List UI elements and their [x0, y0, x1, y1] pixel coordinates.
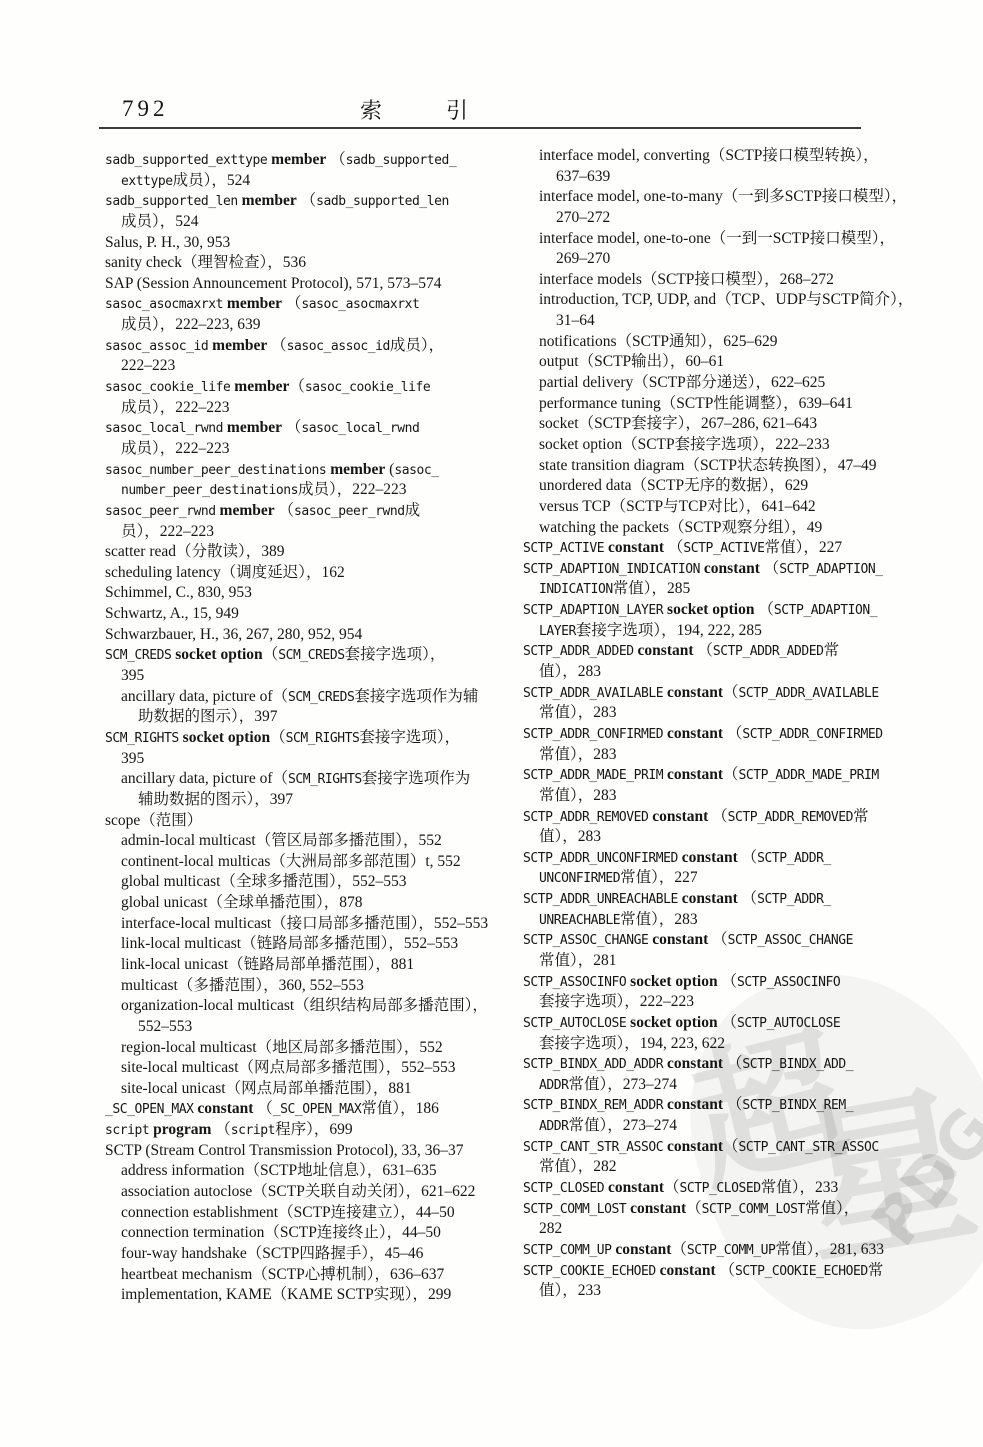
index-entry-line: site-local unicast（网点局部单播范围），881 — [105, 1079, 507, 1100]
index-entry-line: socket（SCTP套接字），267–286, 621–643 — [523, 414, 941, 435]
index-entry-line: script program （script程序），699 — [105, 1120, 507, 1141]
index-entry-line: SCTP_ADDR_REMOVED constant （SCTP_ADDR_RE… — [523, 807, 941, 828]
index-entry-line: 值），233 — [523, 1281, 941, 1302]
index-entry-line: unordered data（SCTP无序的数据），629 — [523, 476, 941, 497]
index-entry-line: sanity check（理智检查），536 — [105, 253, 507, 274]
index-entry-line: 常值），283 — [523, 786, 941, 807]
index-entry-line: ancillary data, picture of（SCM_RIGHTS套接字… — [105, 769, 507, 790]
page-title: 索引 — [360, 94, 532, 125]
index-entry-line: 员），222–223 — [105, 522, 507, 543]
index-entry-line: Schimmel, C., 830, 953 — [105, 583, 507, 604]
index-entry-line: notifications（SCTP通知），625–629 — [523, 332, 941, 353]
index-entry-line: 成员），222–223 — [105, 439, 507, 460]
index-entry-line: versus TCP（SCTP与TCP对比），641–642 — [523, 497, 941, 518]
index-entry-line: sadb_supported_exttype member （sadb_supp… — [105, 150, 507, 171]
index-entry-line: SCTP_ADAPTION_INDICATION constant （SCTP_… — [523, 559, 941, 580]
index-entry-line: INDICATION常值），285 — [523, 579, 941, 600]
index-entry-line: SCTP_ASSOCINFO socket option （SCTP_ASSOC… — [523, 972, 941, 993]
index-entry-line: 552–553 — [105, 1017, 507, 1038]
index-entry-line: association autoclose（SCTP关联自动关闭），621–62… — [105, 1182, 507, 1203]
index-entry-line: SCTP_ASSOC_CHANGE constant （SCTP_ASSOC_C… — [523, 930, 941, 951]
index-entry-line: SAP (Session Announcement Protocol), 571… — [105, 274, 507, 295]
index-entry-line: 269–270 — [523, 249, 941, 270]
index-entry-line: SCTP_ADDR_UNREACHABLE constant （SCTP_ADD… — [523, 889, 941, 910]
index-entry-line: sadb_supported_len member （sadb_supporte… — [105, 191, 507, 212]
index-entry-line: performance tuning（SCTP性能调整），639–641 — [523, 394, 941, 415]
index-entry-line: 常值），281 — [523, 951, 941, 972]
index-entry-line: exttype成员），524 — [105, 171, 507, 192]
index-entry-line: 395 — [105, 749, 507, 770]
index-entry-line: interface model, converting（SCTP接口模型转换）， — [523, 146, 941, 167]
index-entry-line: SCTP_ADDR_CONFIRMED constant （SCTP_ADDR_… — [523, 724, 941, 745]
index-entry-line: 270–272 — [523, 208, 941, 229]
index-entry-line: SCTP_ADAPTION_LAYER socket option （SCTP_… — [523, 600, 941, 621]
index-entry-line: SCTP_COMM_LOST constant（SCTP_COMM_LOST常值… — [523, 1199, 941, 1220]
index-entry-line: interface model, one-to-many（一到多SCTP接口模型… — [523, 187, 941, 208]
index-entry-line: global unicast（全球单播范围），878 — [105, 893, 507, 914]
index-entry-line: sasoc_number_peer_destinations member (s… — [105, 460, 507, 481]
index-entry-line: 成员），222–223 — [105, 398, 507, 419]
index-entry-line: 值），283 — [523, 827, 941, 848]
index-entry-line: 常值），283 — [523, 703, 941, 724]
index-entry-line: continent-local multicas（大洲局部多部范围）t, 552 — [105, 852, 507, 873]
index-entry-line: output（SCTP输出），60–61 — [523, 352, 941, 373]
index-entry-line: partial delivery（SCTP部分递送），622–625 — [523, 373, 941, 394]
index-entry-line: Schwartz, A., 15, 949 — [105, 604, 507, 625]
index-entry-line: 助数据的图示），397 — [105, 707, 507, 728]
index-entry-line: ancillary data, picture of（SCM_CREDS套接字选… — [105, 687, 507, 708]
index-entry-line: 395 — [105, 666, 507, 687]
index-entry-line: global multicast（全球多播范围），552–553 — [105, 872, 507, 893]
index-page: 超 星 PDG 792 索引 sadb_supported_exttype me… — [0, 0, 983, 1447]
index-entry-line: number_peer_destinations成员），222–223 — [105, 480, 507, 501]
index-entry-line: implementation, KAME（KAME SCTP实现），299 — [105, 1285, 507, 1306]
index-entry-line: scheduling latency（调度延迟），162 — [105, 563, 507, 584]
index-entry-line: SCTP_ADDR_MADE_PRIM constant（SCTP_ADDR_M… — [523, 765, 941, 786]
index-entry-line: Salus, P. H., 30, 953 — [105, 233, 507, 254]
index-entry-line: UNREACHABLE常值），283 — [523, 910, 941, 931]
index-entry-line: UNCONFIRMED常值），227 — [523, 868, 941, 889]
index-entry-line: 辅助数据的图示），397 — [105, 790, 507, 811]
index-entry-line: 值），283 — [523, 662, 941, 683]
index-entry-line: address information（SCTP地址信息），631–635 — [105, 1161, 507, 1182]
index-entry-line: SCM_CREDS socket option（SCM_CREDS套接字选项）， — [105, 645, 507, 666]
index-entry-line: four-way handshake（SCTP四路握手），45–46 — [105, 1244, 507, 1265]
index-entry-line: ADDR常值），273–274 — [523, 1075, 941, 1096]
index-entry-line: scatter read（分散读），389 — [105, 542, 507, 563]
index-entry-line: 31–64 — [523, 311, 941, 332]
index-entry-line: 222–223 — [105, 356, 507, 377]
index-entry-line: 成员），222–223, 639 — [105, 315, 507, 336]
index-entry-line: sasoc_local_rwnd member （sasoc_local_rwn… — [105, 418, 507, 439]
index-entry-line: sasoc_asocmaxrxt member （sasoc_asocmaxrx… — [105, 294, 507, 315]
index-entry-line: SCTP_CLOSED constant（SCTP_CLOSED常值），233 — [523, 1178, 941, 1199]
index-entry-line: state transition diagram（SCTP状态转换图），47–4… — [523, 456, 941, 477]
index-entry-line: SCTP_ADDR_UNCONFIRMED constant （SCTP_ADD… — [523, 848, 941, 869]
index-entry-line: SCTP_ADDR_AVAILABLE constant（SCTP_ADDR_A… — [523, 683, 941, 704]
index-entry-line: SCTP_COOKIE_ECHOED constant （SCTP_COOKIE… — [523, 1261, 941, 1282]
index-entry-line: sasoc_peer_rwnd member （sasoc_peer_rwnd成 — [105, 501, 507, 522]
index-entry-line: SCTP_BINDX_ADD_ADDR constant （SCTP_BINDX… — [523, 1054, 941, 1075]
index-entry-line: region-local multicast（地区局部多播范围），552 — [105, 1038, 507, 1059]
index-column-left: sadb_supported_exttype member （sadb_supp… — [105, 150, 507, 1306]
index-entry-line: interface models（SCTP接口模型），268–272 — [523, 270, 941, 291]
index-entry-line: 成员），524 — [105, 212, 507, 233]
index-entry-line: connection establishment（SCTP连接建立），44–50 — [105, 1203, 507, 1224]
index-entry-line: sasoc_assoc_id member （sasoc_assoc_id成员）… — [105, 336, 507, 357]
index-entry-line: SCTP_AUTOCLOSE socket option （SCTP_AUTOC… — [523, 1013, 941, 1034]
index-column-right: interface model, converting（SCTP接口模型转换），… — [523, 146, 941, 1302]
index-entry-line: Schwarzbauer, H., 36, 267, 280, 952, 954 — [105, 625, 507, 646]
index-entry-line: multicast（多播范围），360, 552–553 — [105, 976, 507, 997]
index-entry-line: 282 — [523, 1219, 941, 1240]
header-rule — [99, 127, 861, 129]
index-entry-line: watching the packets（SCTP观察分组），49 — [523, 518, 941, 539]
index-entry-line: SCTP_COMM_UP constant（SCTP_COMM_UP常值），28… — [523, 1240, 941, 1261]
index-entry-line: ADDR常值），273–274 — [523, 1116, 941, 1137]
index-entry-line: LAYER套接字选项），194, 222, 285 — [523, 621, 941, 642]
index-entry-line: 常值），282 — [523, 1157, 941, 1178]
index-entry-line: introduction, TCP, UDP, and（TCP、UDP与SCTP… — [523, 290, 941, 311]
index-entry-line: interface model, one-to-one（一到一SCTP接口模型）… — [523, 229, 941, 250]
index-entry-line: 637–639 — [523, 167, 941, 188]
index-entry-line: link-local multicast（链路局部多播范围），552–553 — [105, 934, 507, 955]
index-entry-line: heartbeat mechanism（SCTP心搏机制），636–637 — [105, 1265, 507, 1286]
page-number: 792 — [122, 96, 169, 122]
index-entry-line: link-local unicast（链路局部单播范围），881 — [105, 955, 507, 976]
index-entry-line: _SC_OPEN_MAX constant （_SC_OPEN_MAX常值），1… — [105, 1099, 507, 1120]
index-entry-line: 套接字选项），222–223 — [523, 992, 941, 1013]
index-entry-line: SCTP_ACTIVE constant （SCTP_ACTIVE常值），227 — [523, 538, 941, 559]
index-entry-line: organization-local multicast（组织结构局部多播范围）… — [105, 996, 507, 1017]
index-entry-line: SCTP_BINDX_REM_ADDR constant （SCTP_BINDX… — [523, 1095, 941, 1116]
index-entry-line: sasoc_cookie_life member（sasoc_cookie_li… — [105, 377, 507, 398]
index-entry-line: site-local multicast（网点局部多播范围），552–553 — [105, 1058, 507, 1079]
index-entry-line: SCTP (Stream Control Transmission Protoc… — [105, 1141, 507, 1162]
index-entry-line: interface-local multicast（接口局部多播范围），552–… — [105, 914, 507, 935]
index-entry-line: 常值），283 — [523, 745, 941, 766]
index-entry-line: SCM_RIGHTS socket option（SCM_RIGHTS套接字选项… — [105, 728, 507, 749]
index-entry-line: SCTP_CANT_STR_ASSOC constant（SCTP_CANT_S… — [523, 1137, 941, 1158]
index-entry-line: SCTP_ADDR_ADDED constant （SCTP_ADDR_ADDE… — [523, 641, 941, 662]
index-entry-line: admin-local multicast（管区局部多播范围），552 — [105, 831, 507, 852]
index-entry-line: connection termination（SCTP连接终止），44–50 — [105, 1223, 507, 1244]
index-entry-line: scope（范围） — [105, 811, 507, 832]
index-entry-line: 套接字选项），194, 223, 622 — [523, 1034, 941, 1055]
index-entry-line: socket option（SCTP套接字选项），222–233 — [523, 435, 941, 456]
